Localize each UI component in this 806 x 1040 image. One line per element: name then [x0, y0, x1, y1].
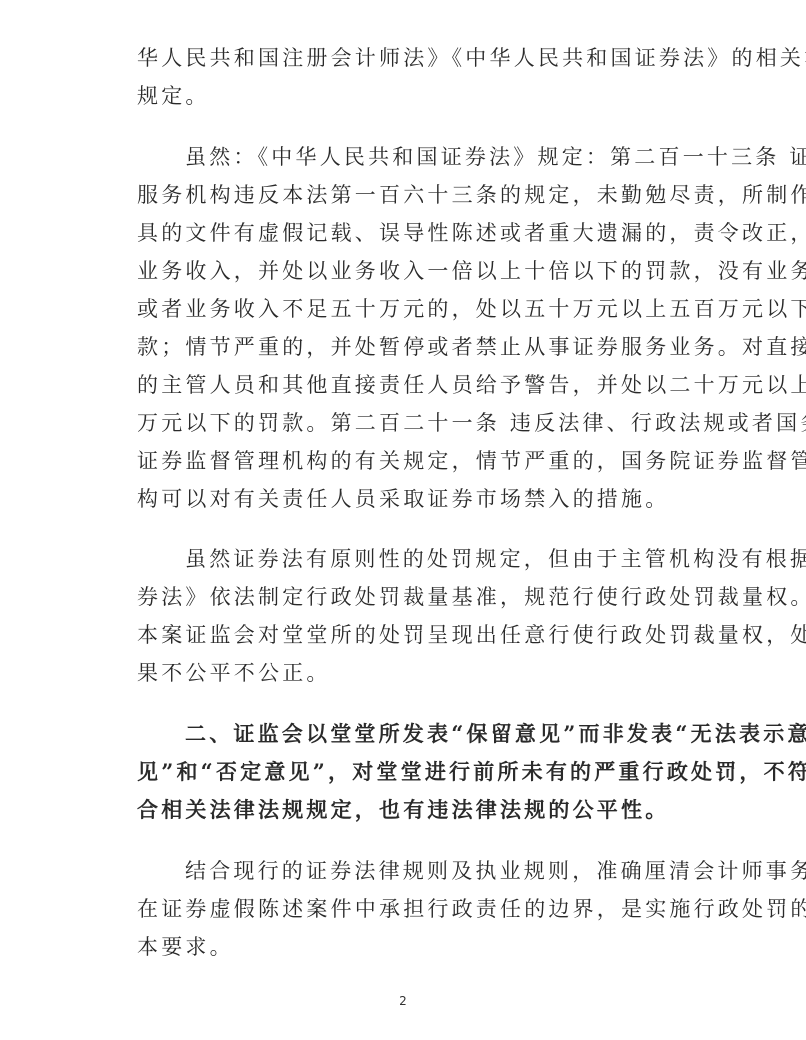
text-line: 或者业务收入不足五十万元的，处以五十万元以上五百万元以下的罚 [137, 297, 669, 321]
text-line: 合相关法律法规规定，也有违法律法规的公平性。 [137, 798, 669, 822]
text-line: 券法》依法制定行政处罚裁量基准，规范行使行政处罚裁量权。导致 [137, 585, 669, 609]
text-line: 业务收入，并处以业务收入一倍以上十倍以下的罚款，没有业务收入 [137, 259, 669, 283]
text-line: 具的文件有虚假记载、误导性陈述或者重大遗漏的，责令改正，没收 [137, 221, 669, 245]
text-line: 虽然证券法有原则性的处罚规定，但由于主管机构没有根据《证 [185, 547, 669, 571]
text-line: 构可以对有关责任人员采取证券市场禁入的措施。 [137, 487, 669, 511]
text-line: 规定。 [137, 84, 669, 108]
text-line: 虽然：《中华人民共和国证券法》规定：第二百一十三条 证券 [185, 145, 669, 169]
text-line: 证券监督管理机构的有关规定，情节严重的，国务院证券监督管理机 [137, 449, 669, 473]
text-line: 服务机构违反本法第一百六十三条的规定，未勤勉尽责，所制作、出 [137, 183, 669, 207]
text-line: 在证券虚假陈述案件中承担行政责任的边界，是实施行政处罚的基 [137, 897, 669, 921]
document-page: 华人民共和国注册会计师法》《中华人民共和国证券法》的相关法律规定。虽然：《中华人… [0, 0, 806, 1040]
text-line: 本要求。 [137, 935, 669, 959]
text-line: 结合现行的证券法律规则及执业规则，准确厘清会计师事务所 [185, 859, 669, 883]
text-line: 的主管人员和其他直接责任人员给予警告，并处以二十万元以上二百 [137, 373, 669, 397]
text-line: 华人民共和国注册会计师法》《中华人民共和国证券法》的相关法律 [137, 46, 669, 70]
text-line: 万元以下的罚款。第二百二十一条 违反法律、行政法规或者国务院 [137, 411, 669, 435]
text-line: 款；情节严重的，并处暂停或者禁止从事证券服务业务。对直接负责 [137, 335, 669, 359]
page-number: 2 [0, 994, 806, 1008]
text-line: 二、证监会以堂堂所发表“保留意见”而非发表“无法表示意 [185, 722, 669, 746]
text-line: 果不公平不公正。 [137, 661, 669, 685]
text-line: 见”和“否定意见”，对堂堂进行前所未有的严重行政处罚，不符 [137, 760, 669, 784]
text-line: 本案证监会对堂堂所的处罚呈现出任意行使行政处罚裁量权，处罚结 [137, 623, 669, 647]
